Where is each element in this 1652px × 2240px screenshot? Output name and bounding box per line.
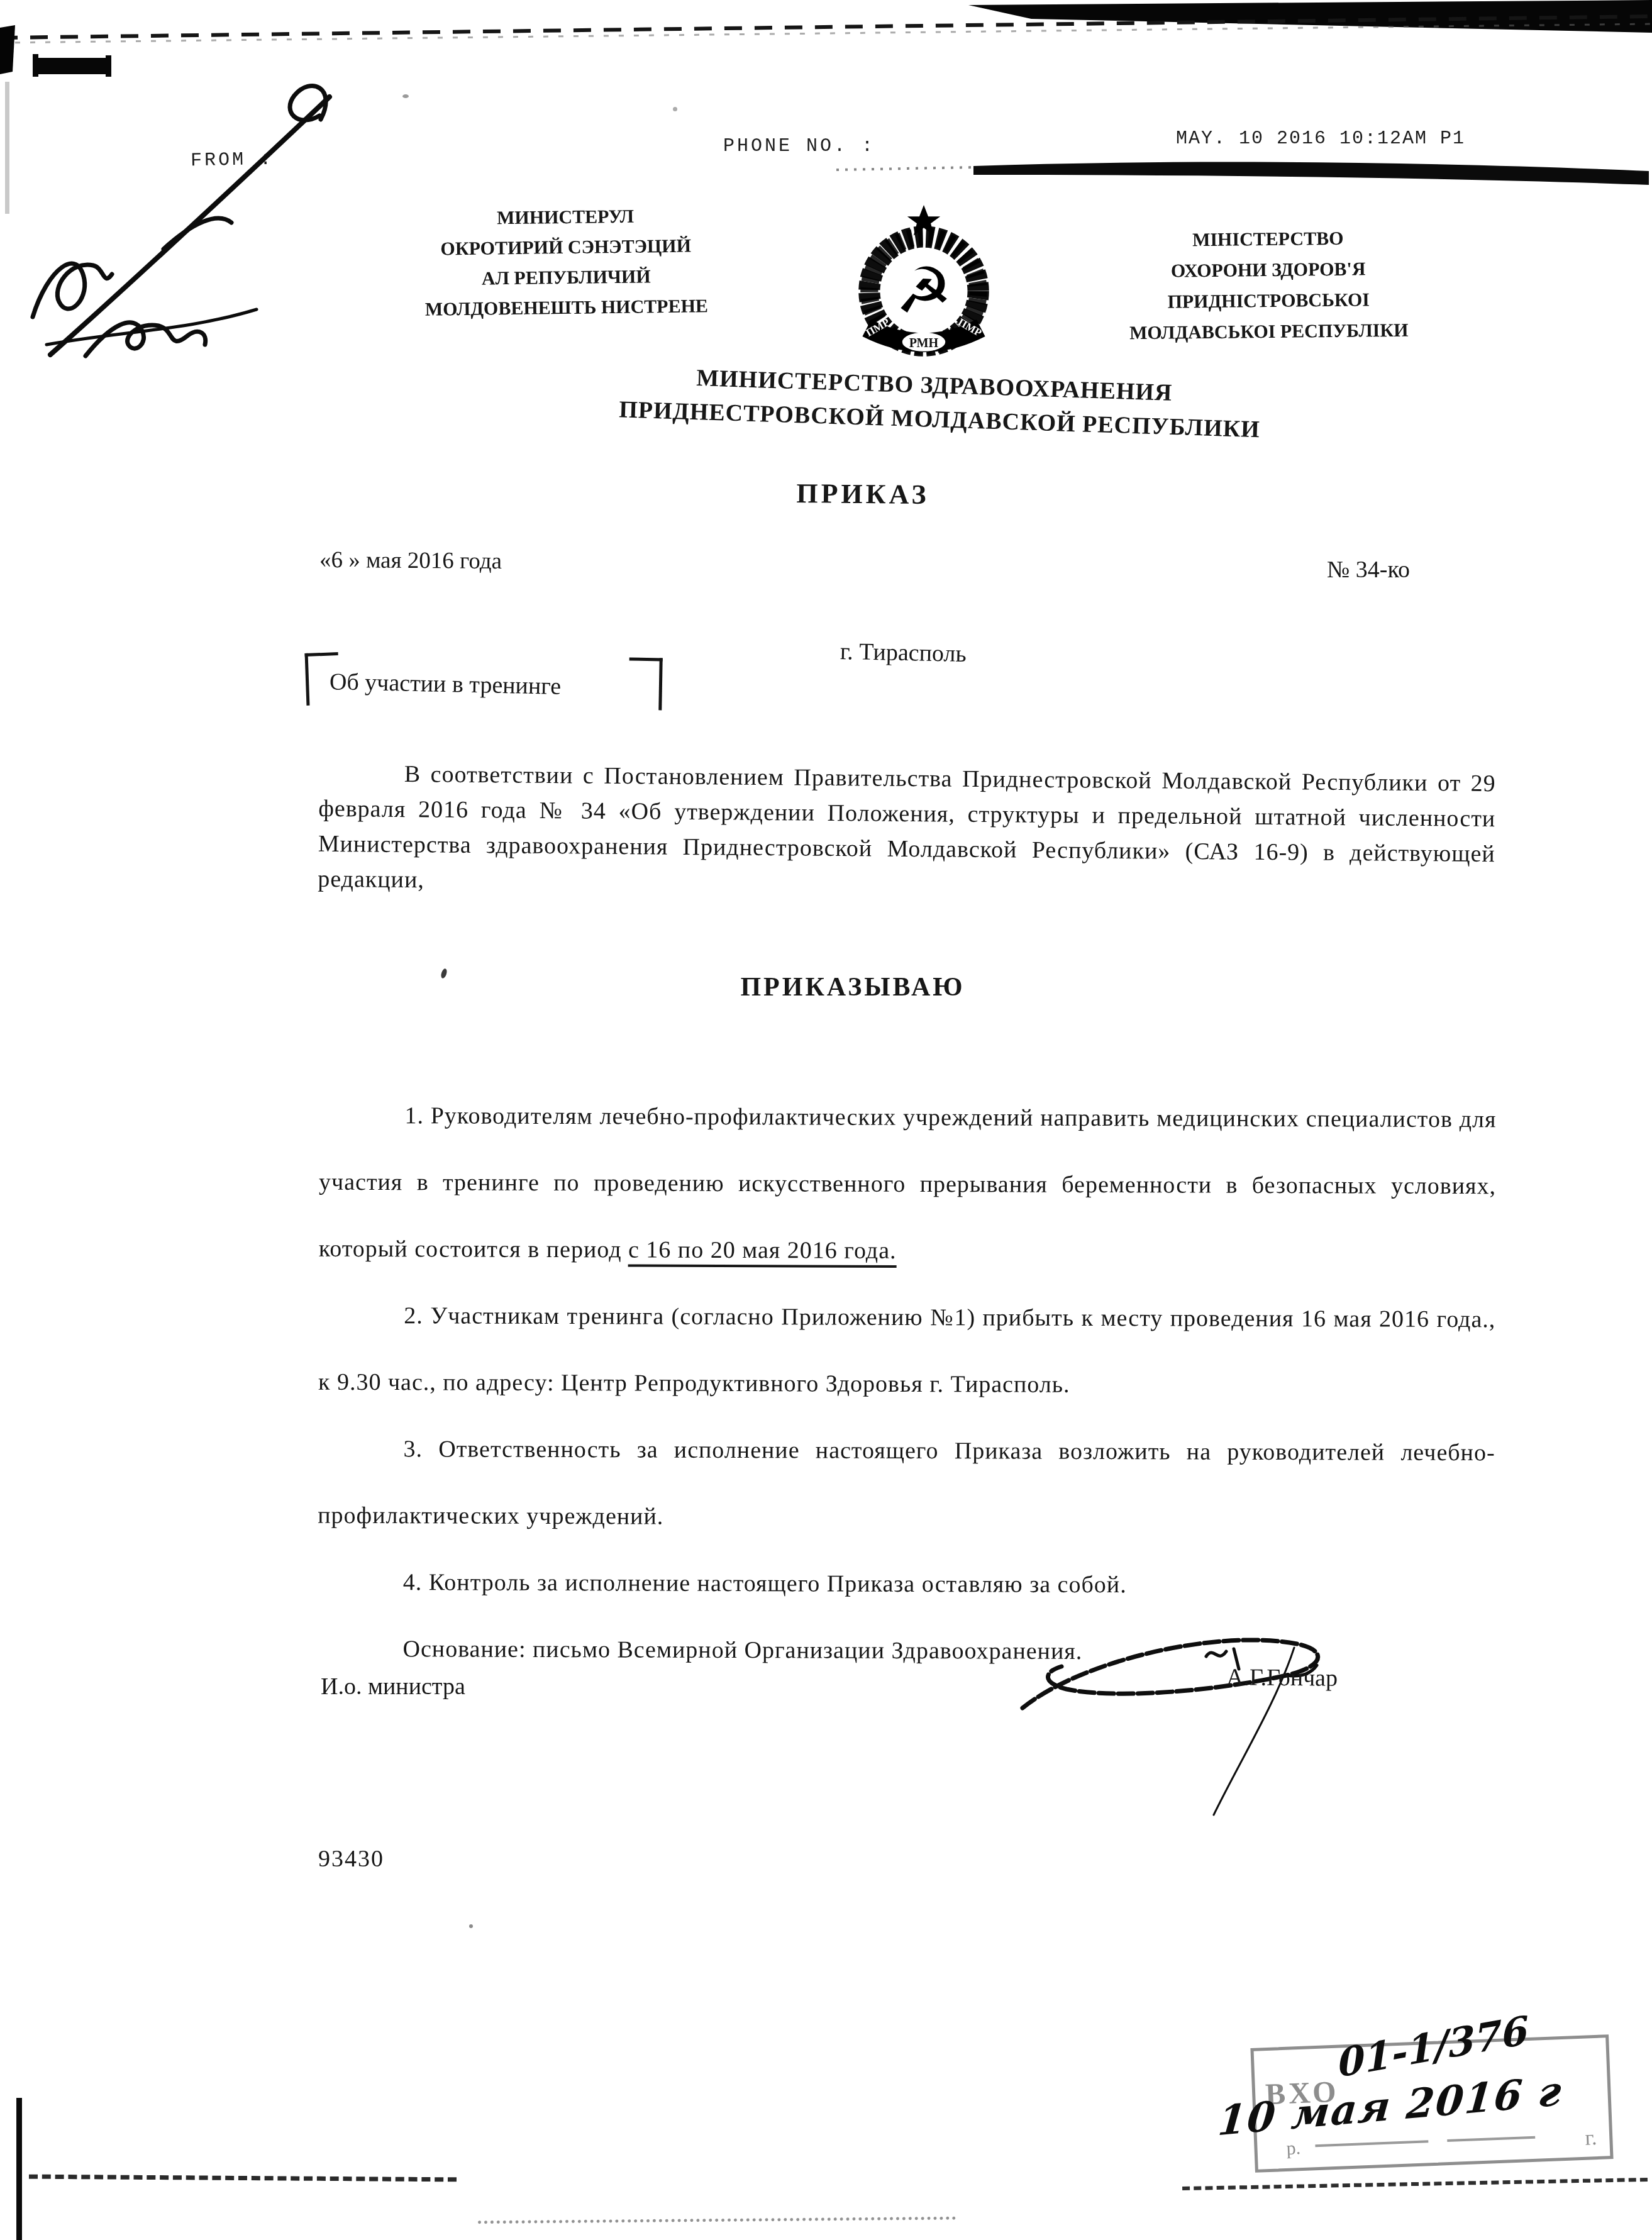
document-title: ПРИКАЗ <box>737 477 989 511</box>
org-line: МІНІСТЕРСТВО <box>1089 222 1446 257</box>
order-city: г. Тирасполь <box>840 638 967 668</box>
stamp-rule-line <box>1315 2140 1428 2147</box>
document-code: 93430 <box>318 1845 384 1873</box>
stamp-line-prefix: р. <box>1286 2137 1301 2160</box>
order-date: «6 » мая 2016 года <box>319 546 502 575</box>
handwritten-scrawl-signature <box>10 60 375 362</box>
scanned-fax-document: FROM : PHONE NO. : MAY. 10 2016 10:12AM … <box>0 0 1652 2240</box>
org-line: МИНИСТЕРУЛ <box>377 200 755 235</box>
minister-signature <box>1006 1607 1371 1821</box>
letterhead-ukrainian: МІНІСТЕРСТВО ОХОРОНИ ЗДОРОВ'Я ПРИДНІСТРО… <box>1089 222 1448 349</box>
scan-artifact-streak <box>5 82 9 214</box>
order-item-1: 1. Руководителям лечебно-профилактически… <box>319 1082 1497 1287</box>
order-item-3: 3. Ответственность за исполнение настоящ… <box>318 1416 1495 1553</box>
signer-name: А.Г.Гончар <box>1226 1663 1338 1692</box>
scan-artifact-bottom-dots <box>478 2217 956 2224</box>
org-line: ОКРОТИРИЙ СЭНЭТЭЦИЙ <box>377 230 755 265</box>
fax-phone-label: PHONE NO. : <box>723 136 875 157</box>
hammer-sickle-icon: ☭ <box>895 253 952 328</box>
fax-timestamp: MAY. 10 2016 10:12AM P1 <box>1176 128 1465 150</box>
order-items: 1. Руководителям лечебно-профилактически… <box>317 1082 1496 1687</box>
scan-speck <box>673 107 677 111</box>
underlined-training-dates: с 16 по 20 мая 2016 года. <box>628 1236 897 1267</box>
letterhead-moldovan: МИНИСТЕРУЛ ОКРОТИРИЙ СЭНЭТЭЦИЙ АЛ РЕПУБЛ… <box>377 200 755 325</box>
fax-smudge-line <box>973 162 1649 185</box>
org-line: АЛ РЕПУБЛИЧИЙ <box>377 260 755 295</box>
signer-position: И.о. министра <box>321 1673 465 1700</box>
star-icon <box>907 205 940 235</box>
org-line: ОХОРОНИ ЗДОРОВ'Я <box>1090 253 1447 287</box>
scan-speck <box>402 94 409 98</box>
scan-artifact-left-edge <box>16 2098 22 2240</box>
order-subject: Об участии в тренинге <box>330 668 562 701</box>
scan-speck <box>469 1924 473 1928</box>
org-line: МОЛДАВСЬКОІ РЕСПУБЛІКИ <box>1090 314 1448 349</box>
command-word: ПРИКАЗЫВАЮ <box>318 972 1387 1002</box>
order-item-2: 2. Участникам тренинга (согласно Приложе… <box>318 1282 1496 1420</box>
org-line: МОЛДОВЕНЕШТЬ НИСТРЕНЕ <box>378 291 756 325</box>
emblem-bottom-label: РМН <box>909 336 939 350</box>
order-item-1-text: 1. Руководителям лечебно-профилактически… <box>319 1102 1497 1263</box>
letterhead-russian: МИНИСТЕРСТВО ЗДРАВООХРАНЕНИЯ ПРИДНЕСТРОВ… <box>619 358 1250 446</box>
org-line: ПРИДНІСТРОВСЬКОІ <box>1090 284 1447 318</box>
stamp-year-suffix: г. <box>1585 2126 1597 2151</box>
scan-artifact-bottom-dashes-right <box>1182 2178 1648 2190</box>
stamp-rule-line <box>1447 2136 1535 2142</box>
order-number: № 34-ко <box>1327 556 1410 584</box>
order-preamble: В соответствии с Постановлением Правител… <box>318 756 1496 907</box>
subject-bracket-right <box>628 658 662 711</box>
scan-artifact-bottom-dashes-left <box>29 2175 457 2182</box>
coat-of-arms-pmr-emblem: ☭ ПМР ПМР РМН <box>848 199 1000 369</box>
